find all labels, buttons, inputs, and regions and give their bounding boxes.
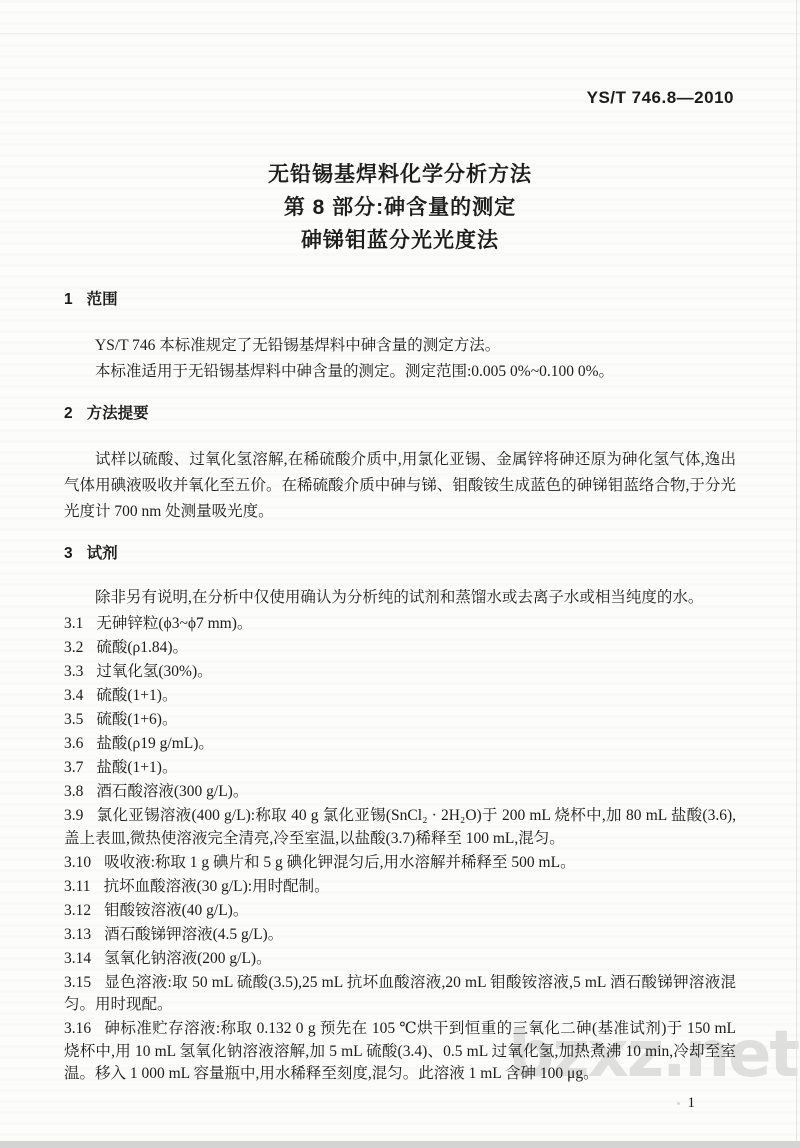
document-page: bzxz.net YS/T 746.8—2010 无铅锡基焊料化学分析方法 第 … [0,0,800,1148]
item-text: 盐酸(1+1)。 [96,759,177,776]
list-item: 3.12钼酸铵溶液(40 g/L)。 [64,900,736,923]
item-number: 3.10 [64,852,91,875]
reagent-list: 3.1无砷锌粒(ϕ3~ϕ7 mm)。 3.2硫酸(ρ1.84)。 3.3过氧化氢… [64,613,736,1086]
section-number: 2 [64,405,73,423]
item-text: 盐酸(ρ19 g/mL)。 [96,735,214,752]
document-title: 无铅锡基焊料化学分析方法 第 8 部分:砷含量的测定 砷锑钼蓝分光光度法 [64,158,736,257]
item-number: 3.14 [64,948,91,971]
title-line-1: 无铅锡基焊料化学分析方法 [64,158,736,191]
item-text: 吸收液:称取 1 g 碘片和 5 g 碘化钾混匀后,用水溶解并稀释至 500 m… [104,854,575,871]
title-line-2: 第 8 部分:砷含量的测定 [64,191,736,224]
item-number: 3.7 [64,757,83,780]
list-item: 3.9氯化亚锡溶液(400 g/L):称取 40 g 氯化亚锡(SnCl₂ · … [64,805,736,850]
list-item: 3.1无砷锌粒(ϕ3~ϕ7 mm)。 [64,613,736,636]
item-number: 3.1 [64,613,83,636]
list-item: 3.15显色溶液:取 50 mL 硫酸(3.5),25 mL 抗坏血酸溶液,20… [64,972,736,1017]
item-text: 硫酸(ρ1.84)。 [96,639,188,656]
item-text: 砷标准贮存溶液:称取 0.132 0 g 预先在 105 ℃烘干到恒重的三氧化二… [64,1020,736,1082]
section-reagents: 3试剂 除非另有说明,在分析中仅使用确认为分析纯的试剂和蒸馏水或去离子水或相当纯… [64,541,736,1086]
list-item: 3.14氢氧化钠溶液(200 g/L)。 [64,948,736,971]
section-title: 范围 [87,291,118,308]
item-text: 氢氧化钠溶液(200 g/L)。 [104,950,271,967]
list-item: 3.7盐酸(1+1)。 [64,757,736,780]
item-number: 3.9 [64,805,83,828]
section-number: 1 [64,291,73,309]
item-number: 3.6 [64,733,83,756]
section-scope-heading: 1范围 [64,287,736,309]
list-item: 3.3过氧化氢(30%)。 [64,661,736,684]
standard-code: YS/T 746.8—2010 [64,88,736,108]
item-text: 过氧化氢(30%)。 [96,663,212,680]
list-item: 3.11抗坏血酸溶液(30 g/L):用时配制。 [64,876,736,899]
item-text: 酒石酸溶液(300 g/L)。 [96,783,248,800]
section-method-heading: 2方法提要 [64,401,736,423]
item-text: 无砷锌粒(ϕ3~ϕ7 mm)。 [96,615,252,632]
method-paragraph: 试样以硫酸、过氧化氢溶解,在稀硫酸介质中,用氯化亚锡、金属锌将砷还原为砷化氢气体… [64,447,736,525]
section-number: 3 [64,545,73,563]
section-title: 方法提要 [87,405,149,422]
item-number: 3.2 [64,637,83,660]
item-text: 酒石酸锑钾溶液(4.5 g/L)。 [104,926,283,943]
scope-paragraph-2: 本标准适用于无铅锡基焊料中砷含量的测定。测定范围:0.005 0%~0.100 … [64,359,736,385]
item-number: 3.15 [64,972,91,995]
scope-paragraph-1: YS/T 746 本标准规定了无铅锡基焊料中砷含量的测定方法。 [64,333,736,359]
title-line-3: 砷锑钼蓝分光光度法 [64,224,736,257]
section-title: 试剂 [87,545,118,562]
page-content: YS/T 746.8—2010 无铅锡基焊料化学分析方法 第 8 部分:砷含量的… [0,0,800,1112]
list-item: 3.2硫酸(ρ1.84)。 [64,637,736,660]
item-text: 显色溶液:取 50 mL 硫酸(3.5),25 mL 抗坏血酸溶液,20 mL … [64,974,736,1014]
scan-bottom-edge [0,1141,800,1148]
item-text: 钼酸铵溶液(40 g/L)。 [104,902,248,919]
list-item: 3.5硫酸(1+6)。 [64,709,736,732]
item-number: 3.4 [64,685,83,708]
list-item: 3.8酒石酸溶液(300 g/L)。 [64,781,736,804]
item-number: 3.11 [64,876,91,899]
item-number: 3.5 [64,709,83,732]
page-number: 1 [64,1095,736,1112]
item-number: 3.3 [64,661,83,684]
item-number: 3.13 [64,924,91,947]
list-item: 3.16砷标准贮存溶液:称取 0.132 0 g 预先在 105 ℃烘干到恒重的… [64,1018,736,1086]
list-item: 3.13酒石酸锑钾溶液(4.5 g/L)。 [64,924,736,947]
item-number: 3.16 [64,1018,91,1041]
list-item: 3.4硫酸(1+1)。 [64,685,736,708]
section-reagents-heading: 3试剂 [64,541,736,563]
item-text: 硫酸(1+6)。 [96,711,177,728]
item-text: 抗坏血酸溶液(30 g/L):用时配制。 [104,878,330,895]
list-item: 3.6盐酸(ρ19 g/mL)。 [64,733,736,756]
reagents-intro: 除非另有说明,在分析中仅使用确认为分析纯的试剂和蒸馏水或去离子水或相当纯度的水。 [64,585,736,611]
item-text: 硫酸(1+1)。 [96,687,177,704]
section-method-summary: 2方法提要 试样以硫酸、过氧化氢溶解,在稀硫酸介质中,用氯化亚锡、金属锌将砷还原… [64,401,736,525]
item-number: 3.12 [64,900,91,923]
item-number: 3.8 [64,781,83,804]
item-text: 氯化亚锡溶液(400 g/L):称取 40 g 氯化亚锡(SnCl₂ · 2H₂… [64,807,736,847]
section-scope: 1范围 YS/T 746 本标准规定了无铅锡基焊料中砷含量的测定方法。 本标准适… [64,287,736,385]
list-item: 3.10吸收液:称取 1 g 碘片和 5 g 碘化钾混匀后,用水溶解并稀释至 5… [64,852,736,875]
